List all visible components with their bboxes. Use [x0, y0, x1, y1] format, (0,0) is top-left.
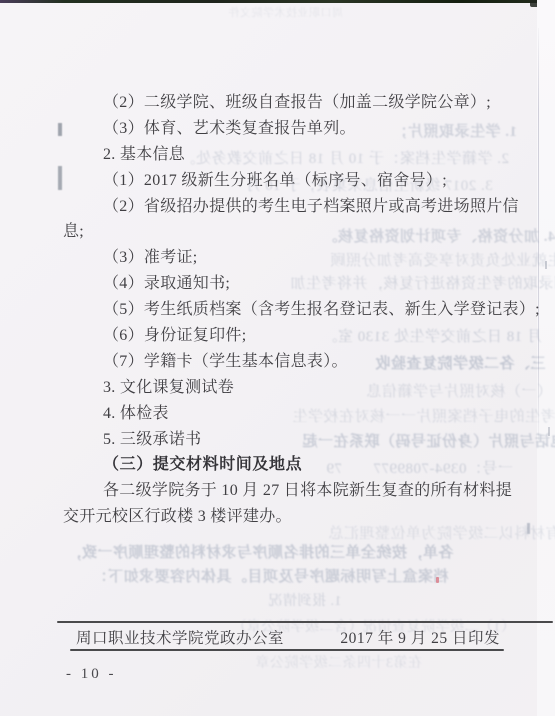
body-line: （6）身份证复印件;: [63, 323, 513, 349]
body-line: 3. 文化课复测试卷: [63, 375, 513, 401]
body-line: （7）学籍卡（学生基本信息表）。: [63, 349, 513, 375]
footer-print-date: 2017 年 9 月 25 日印发: [340, 626, 500, 648]
body-line: （2）省级招办提供的考生电子档案照片或高考进场照片信: [63, 194, 513, 220]
body-line: （5）考生纸质档案（含考生报名登记表、新生入学登记表）;: [63, 297, 513, 323]
page-number: - 10 -: [66, 666, 117, 683]
body-line: 息;: [63, 219, 513, 245]
document-body: （2）二级学院、班级自查报告（加盖二级学院公章）;（3）体育、艺术类复查报告单列…: [63, 90, 513, 530]
document-footer: 周口职业技术学院党政办公室 2017 年 9 月 25 日印发: [76, 626, 500, 648]
footer-rule-bottom: [70, 649, 504, 651]
body-line: （3）体育、艺术类复查报告单列。: [63, 116, 513, 142]
body-line: 4. 体检表: [63, 401, 513, 427]
red-speck-artifact: [436, 577, 439, 583]
body-line: （4）录取通知书;: [63, 271, 513, 297]
scanned-page: 周口职业技术学院文件1. 学生录取照片；2. 学籍学生档案：于 10 月 18 …: [0, 0, 555, 716]
scan-edge-top: [0, 0, 537, 3]
footer-rule-top: [57, 621, 553, 623]
page-edge-shadow: [538, 28, 539, 440]
bleed-through-text: 周口职业技术学院文件: [228, 4, 343, 20]
scanned-document-screenshot: { "colors": { "paper": "#f4f2f5", "ink":…: [0, 0, 555, 716]
bleed-through-text: 各单，按统全单三的排名顺序与求材料的整理顺序一致，: [66, 541, 454, 562]
scan-speck-artifact: [548, 427, 550, 436]
body-line: 5. 三级承诺书: [63, 427, 513, 453]
body-line: 2. 基本信息: [63, 142, 513, 168]
body-line: （1）2017 级新生分班名单（标序号、宿舍号）;: [63, 168, 513, 194]
body-line: （2）二级学院、班级自查报告（加盖二级学院公章）;: [63, 90, 513, 116]
scan-speck-artifact: [527, 523, 530, 534]
bleed-through-text: 1. 报到情况: [268, 590, 342, 610]
bleed-ink-spot: [58, 123, 62, 136]
page-right-margin: [537, 0, 555, 716]
scan-speck-artifact: [545, 261, 547, 269]
footer-issuer: 周口职业技术学院党政办公室: [76, 626, 284, 648]
body-line: 各二级学院务于 10 月 27 日将本院新生复查的所有材料提: [63, 478, 513, 504]
body-line: 交开元校区行政楼 3 楼评建办。: [63, 504, 513, 530]
section-heading: （三）提交材料时间及地点: [63, 452, 513, 478]
body-line: （3）准考证;: [63, 245, 513, 271]
bleed-through-text: 档案盒上写明标题序号及项目。具体内容要求如下：: [92, 565, 449, 586]
bleed-ink-spot: [58, 166, 62, 190]
bleed-through-text: 在第3十四条二级学院公章: [255, 652, 422, 672]
